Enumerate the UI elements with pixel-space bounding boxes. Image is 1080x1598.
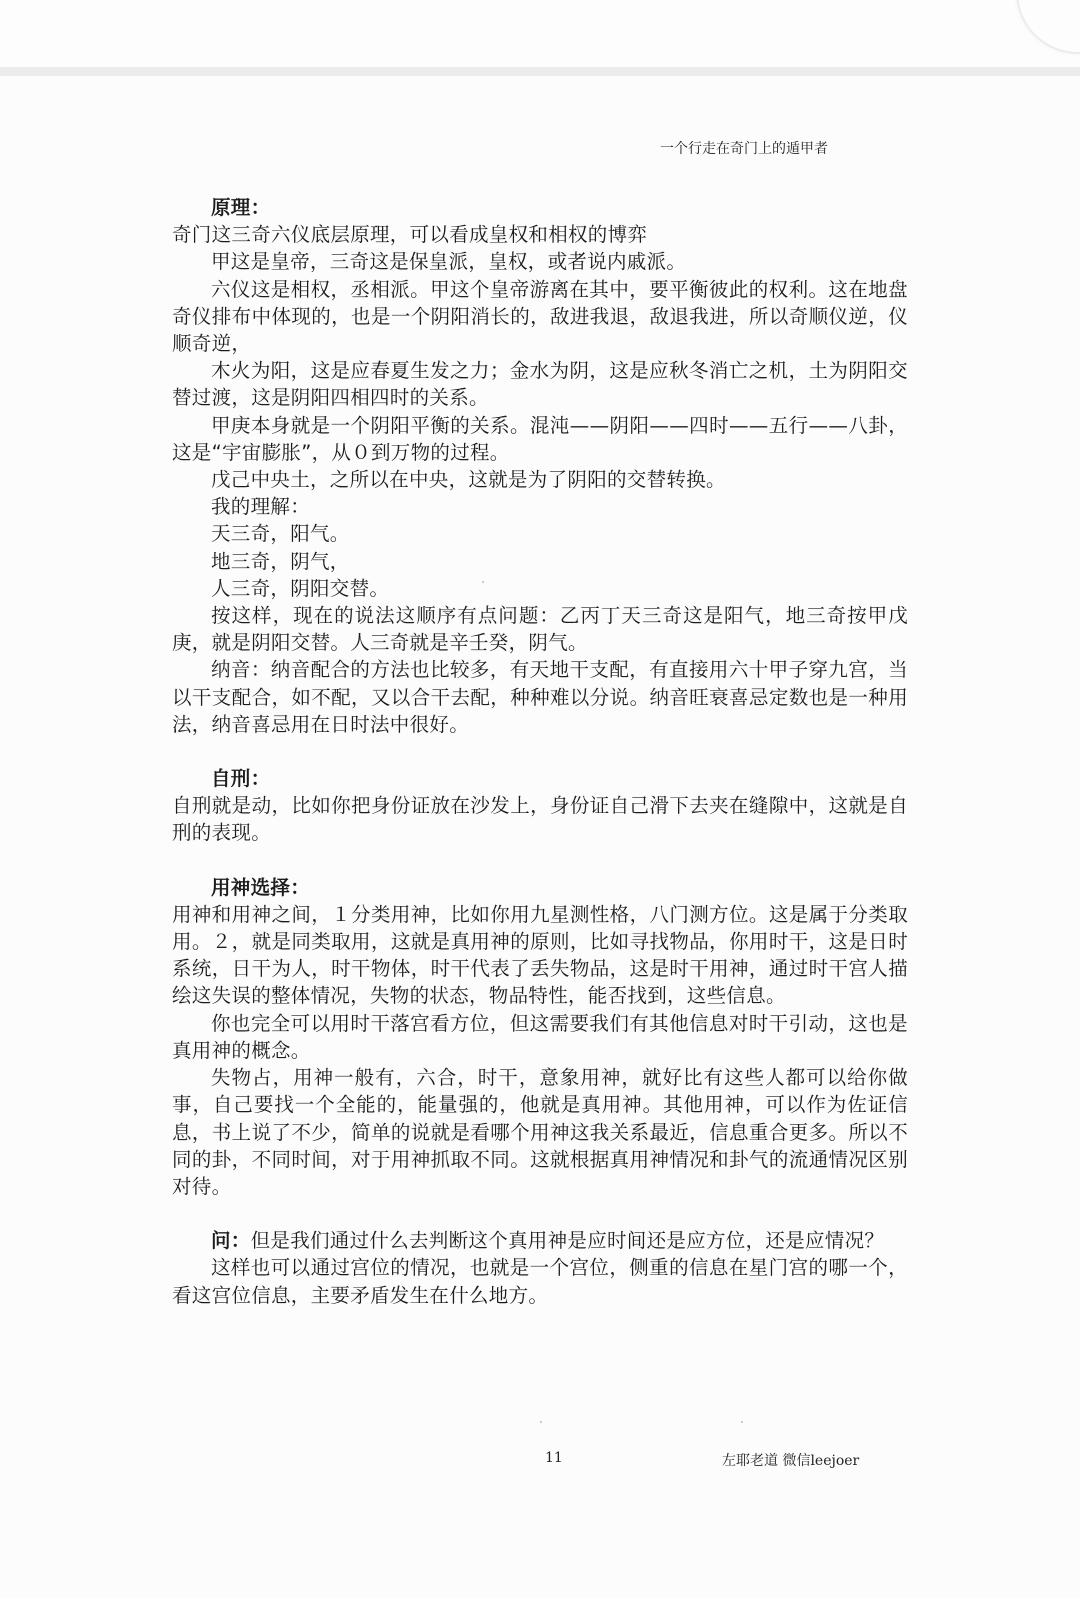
page-separator	[0, 67, 1080, 76]
paragraph: 人三奇，阴阳交替。	[172, 575, 908, 602]
spacer	[172, 738, 908, 765]
paragraph: 按这样，现在的说法这顺序有点问题：乙丙丁天三奇这是阳气，地三奇按甲戊庚，就是阴阳…	[172, 602, 908, 656]
scan-speck	[540, 1421, 542, 1423]
paragraph: 纳音：纳音配合的方法也比较多，有天地干支配，有直接用六十甲子穿九宫，当以干支配合…	[172, 656, 908, 738]
paragraph: 甲这是皇帝，三奇这是保皇派，皇权，或者说内戚派。	[172, 248, 908, 275]
page-content: 原理： 奇门这三奇六仪底层原理，可以看成皇权和相权的博弈 甲这是皇帝，三奇这是保…	[172, 194, 908, 1309]
page-number: 11	[545, 1450, 563, 1466]
spacer	[172, 847, 908, 874]
question-paragraph: 问：但是我们通过什么去判断这个真用神是应时间还是应方位，还是应情况？	[172, 1227, 908, 1254]
paragraph: 奇门这三奇六仪底层原理，可以看成皇权和相权的博弈	[172, 221, 908, 248]
corner-button-arc[interactable]	[1016, 0, 1080, 54]
paragraph: 木火为阳，这是应春夏生发之力；金水为阴，这是应秋冬消亡之机，土为阴阳交替过渡，这…	[172, 357, 908, 411]
paragraph: 自刑就是动，比如你把身份证放在沙发上，身份证自己滑下去夹在缝隙中，这就是自刑的表…	[172, 792, 908, 846]
scan-speck	[741, 1421, 743, 1423]
spacer	[172, 1200, 908, 1227]
paragraph: 我的理解：	[172, 493, 908, 520]
paragraph: 天三奇，阳气。	[172, 520, 908, 547]
section-heading-yongshen: 用神选择：	[172, 874, 908, 901]
paragraph: 失物占，用神一般有，六合，时干，意象用神，就好比有这些人都可以给你做事，自己要找…	[172, 1064, 908, 1200]
paragraph: 地三奇，阴气，	[172, 548, 908, 575]
section-heading-principle: 原理：	[172, 194, 908, 221]
section-heading-self-punishment: 自刑：	[172, 765, 908, 792]
answer-paragraph: 这样也可以通过宫位的情况，也就是一个宫位，侧重的信息在星门宫的哪一个，看这宫位信…	[172, 1254, 908, 1308]
viewer-top-bar	[0, 0, 1080, 67]
footer-credit: 左耶老道 微信leejoer	[722, 1450, 859, 1470]
document-page: 一个行走在奇门上的遁甲者 原理： 奇门这三奇六仪底层原理，可以看成皇权和相权的博…	[0, 76, 1080, 1598]
question-label: 问：	[211, 1229, 251, 1252]
paragraph: 六仪这是相权，丞相派。甲这个皇帝游离在其中，要平衡彼此的权利。这在地盘奇仪排布中…	[172, 276, 908, 358]
question-text: 但是我们通过什么去判断这个真用神是应时间还是应方位，还是应情况？	[251, 1229, 885, 1252]
paragraph: 戊己中央土，之所以在中央，这就是为了阴阳的交替转换。	[172, 466, 908, 493]
paragraph: 用神和用神之间，１分类用神，比如你用九星测性格，八门测方位。这是属于分类取用。２…	[172, 901, 908, 1010]
scan-speck	[482, 581, 484, 583]
paragraph: 你也完全可以用时干落宫看方位，但这需要我们有其他信息对时干引动，这也是真用神的概…	[172, 1010, 908, 1064]
running-header: 一个行走在奇门上的遁甲者	[660, 138, 828, 158]
paragraph: 甲庚本身就是一个阴阳平衡的关系。混沌——阴阳——四时——五行——八卦，这是“宇宙…	[172, 412, 908, 466]
